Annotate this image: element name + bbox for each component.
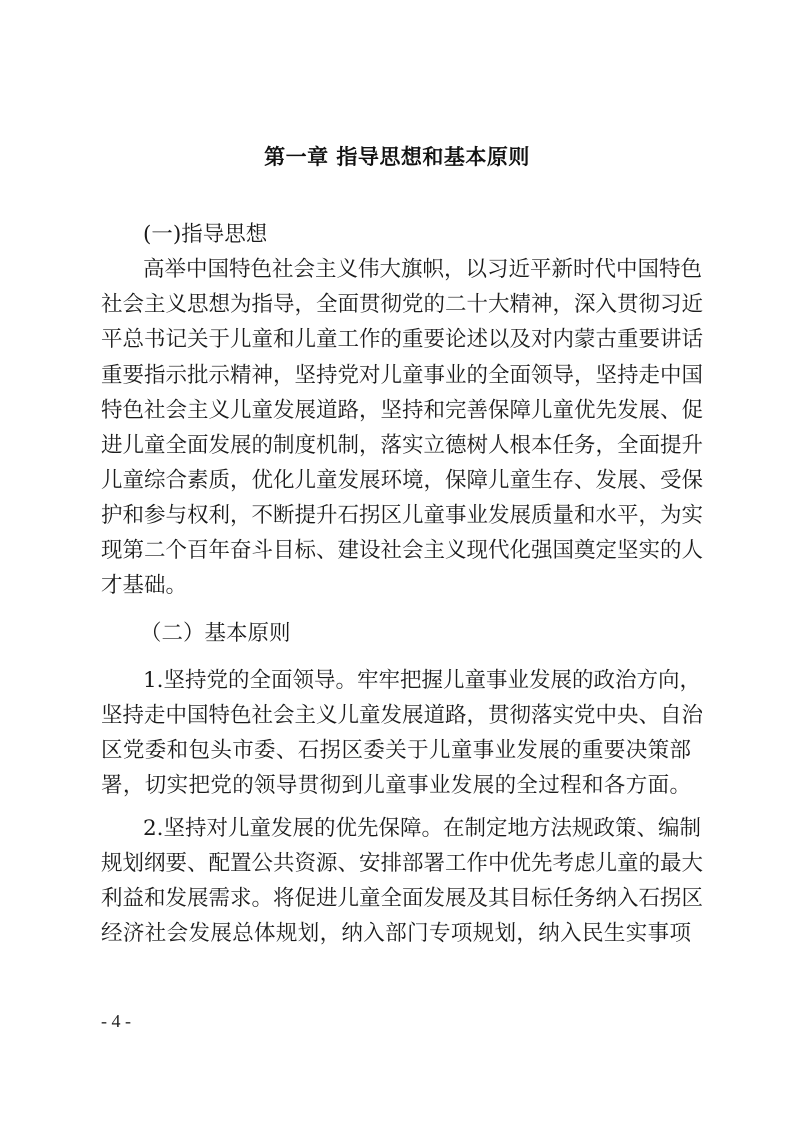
paragraph-line: 重要指示批示精神，坚持党对儿童事业的全面领导，坚持走中国 — [101, 361, 691, 391]
page-number: - 4 - — [101, 1011, 131, 1032]
paragraph-line: 社会主义思想为指导，全面贯彻党的二十大精神，深入贯彻习近 — [101, 290, 691, 320]
document-page: 第一章 指导思想和基本原则 (一)指导思想 高举中国特色社会主义伟大旗帜，以习近… — [0, 0, 794, 1122]
paragraph-line: 特色社会主义儿童发展道路，坚持和完善保障儿童优先发展、促 — [101, 396, 691, 426]
section-heading-basic-principles: （二）基本原则 — [140, 619, 688, 649]
paragraph-line: 才基础。 — [101, 571, 691, 601]
paragraph-line: 1.坚持党的全面领导。牢牢把握儿童事业发展的政治方向， — [143, 666, 691, 696]
chapter-title: 第一章 指导思想和基本原则 — [0, 141, 794, 171]
paragraph-line: 区党委和包头市委、石拐区委关于儿童事业发展的重要决策部 — [101, 736, 691, 766]
paragraph-line: 儿童综合素质，优化儿童发展环境，保障儿童生存、发展、受保 — [101, 466, 691, 496]
paragraph-line: 利益和发展需求。将促进儿童全面发展及其目标任务纳入石拐区 — [101, 884, 691, 914]
paragraph-line: 经济社会发展总体规划，纳入部门专项规划，纳入民生实事项 — [101, 919, 691, 949]
section-heading-guiding-ideology: (一)指导思想 — [143, 220, 691, 250]
paragraph-line: 坚持走中国特色社会主义儿童发展道路，贯彻落实党中央、自治 — [101, 701, 691, 731]
paragraph-line: 护和参与权利，不断提升石拐区儿童事业发展质量和水平，为实 — [101, 501, 691, 531]
paragraph-line: 高举中国特色社会主义伟大旗帜，以习近平新时代中国特色 — [143, 255, 691, 285]
paragraph-line: 平总书记关于儿童和儿童工作的重要论述以及对内蒙古重要讲话 — [101, 325, 691, 355]
paragraph-line: 进儿童全面发展的制度机制，落实立德树人根本任务，全面提升 — [101, 431, 691, 461]
paragraph-line: 署，切实把党的领导贯彻到儿童事业发展的全过程和各方面。 — [101, 771, 691, 801]
paragraph-line: 现第二个百年奋斗目标、建设社会主义现代化强国奠定坚实的人 — [101, 536, 691, 566]
paragraph-line: 2.坚持对儿童发展的优先保障。在制定地方法规政策、编制 — [143, 814, 691, 844]
paragraph-line: 规划纲要、配置公共资源、安排部署工作中优先考虑儿童的最大 — [101, 849, 691, 879]
